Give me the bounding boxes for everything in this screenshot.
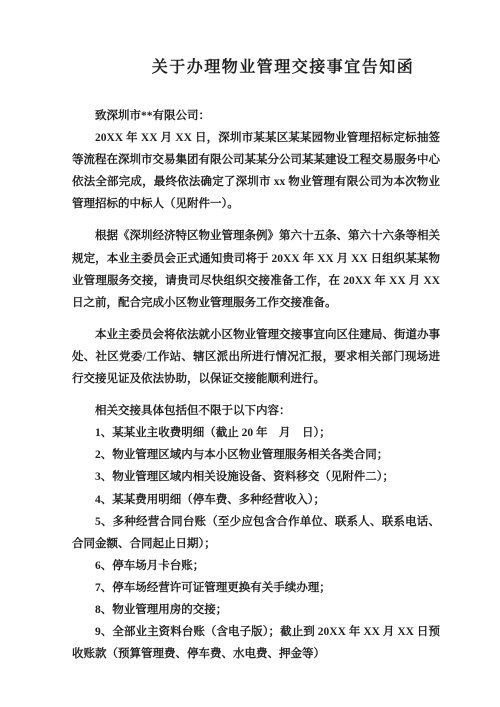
list-item: 6、停车场月卡台账；	[72, 555, 440, 577]
document-title: 关于办理物业管理交接事宜告知函	[99, 56, 467, 79]
list-item: 9、全部业主资料台账（含电子版）；截止到 20XX 年 XX 月 XX 日预收账…	[72, 621, 440, 665]
list-item: 5、多种经营合同台账（至少应包含合作单位、联系人、联系电话、合同金额、合同起止日…	[72, 511, 440, 555]
salutation: 致深圳市**有限公司：	[72, 105, 440, 127]
list-item: 1、某某业主收费明细（截止 20 年 月 日）；	[72, 422, 440, 444]
list-item: 2、物业管理区域内与本小区物业管理服务相关各类合同；	[72, 444, 440, 466]
body-paragraph: 本业主委员会将依法就小区物业管理交接事宜向区住建局、街道办事处、社区党委/工作站…	[72, 324, 440, 390]
list-item: 3、物业管理区域内相关设施设备、资料移交（见附件二）；	[72, 466, 440, 488]
document-page: 关于办理物业管理交接事宜告知函 致深圳市**有限公司：20XX 年 XX 月 X…	[0, 0, 500, 707]
list-item: 7、停车场经营许可证管理更换有关手续办理；	[72, 577, 440, 599]
list-intro: 相关交接具体包括但不限于以下内容：	[72, 400, 440, 422]
body-paragraph: 根据《深圳经济特区物业管理条例》第六十五条、第六十六条等相关规定，本业主委员会正…	[72, 225, 440, 313]
list-item: 8、物业管理用房的交接；	[72, 599, 440, 621]
list-item: 4、某某费用明细（停车费、多种经营收入）；	[72, 489, 440, 511]
body-paragraph: 20XX 年 XX 月 XX 日，深圳市某某区某某园物业管理招标定标抽签等流程在…	[72, 127, 440, 215]
document-body: 致深圳市**有限公司：20XX 年 XX 月 XX 日，深圳市某某区某某园物业管…	[72, 105, 440, 665]
